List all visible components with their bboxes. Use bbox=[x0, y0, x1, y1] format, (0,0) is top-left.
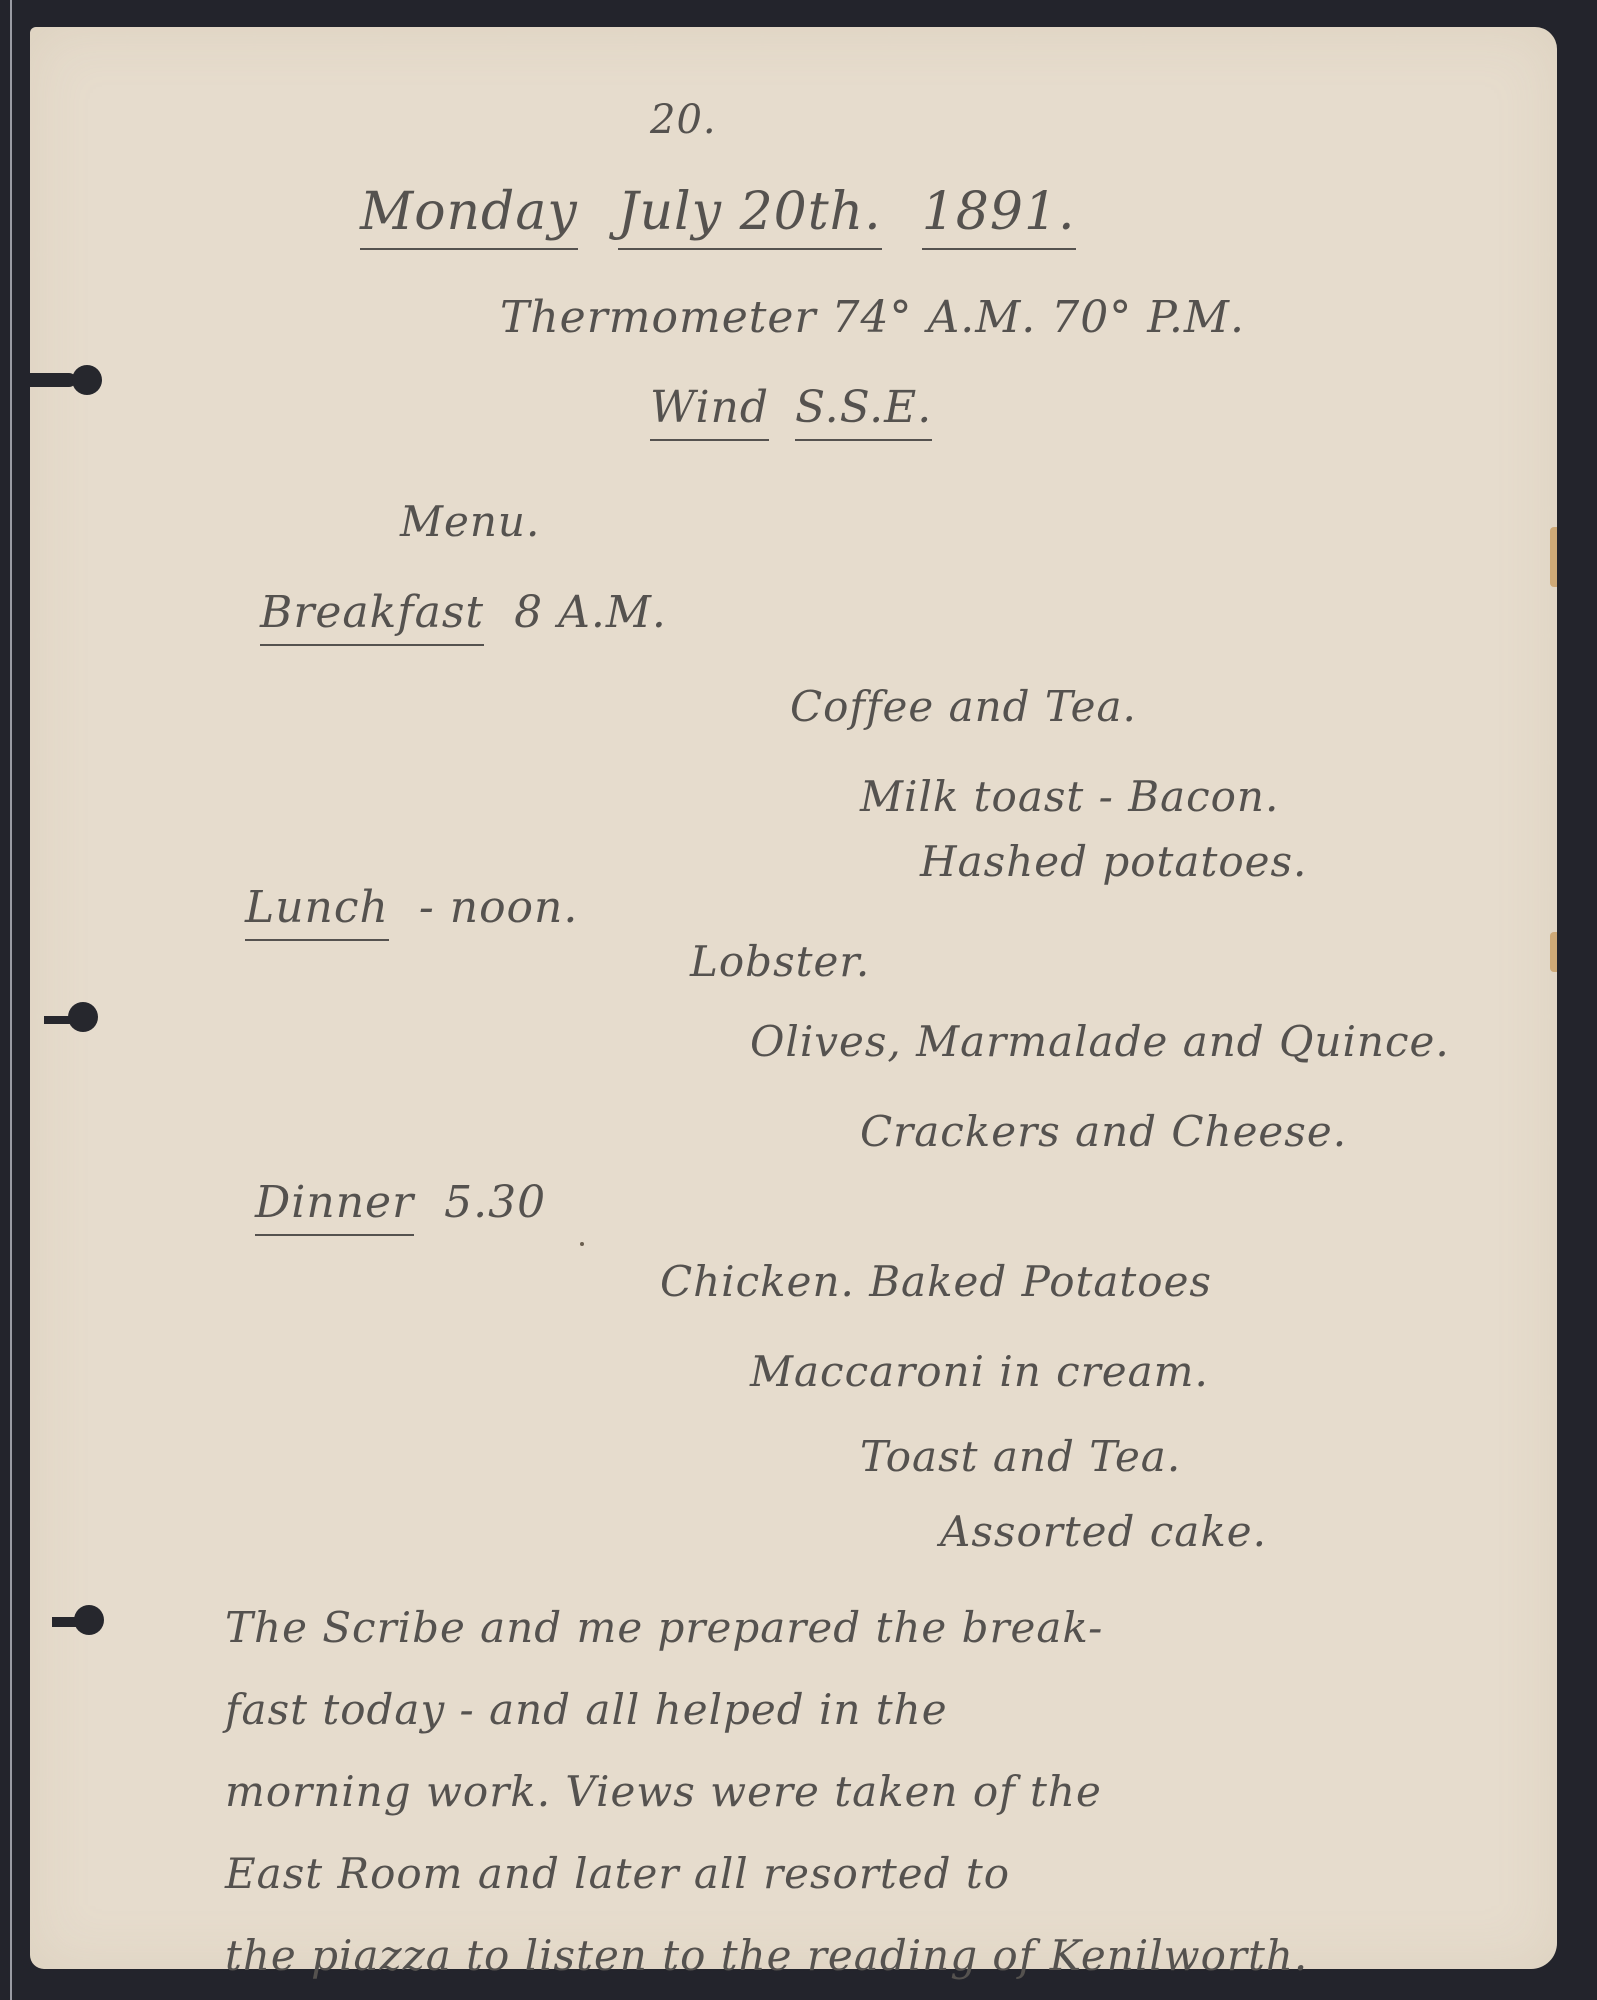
menu-item: Milk toast - Bacon. bbox=[860, 772, 1279, 821]
wind-line: Wind S.S.E. bbox=[650, 382, 932, 441]
menu-item: Lobster. bbox=[690, 937, 870, 986]
narrative-line: The Scribe and me prepared the break- bbox=[225, 1587, 1425, 1669]
menu-item: Chicken. Baked Potatoes bbox=[660, 1257, 1212, 1306]
menu-item: Olives, Marmalade and Quince. bbox=[750, 1017, 1450, 1066]
menu-item: Maccaroni in cream. bbox=[750, 1347, 1209, 1396]
foxing-stain bbox=[1550, 527, 1557, 587]
meal-dinner: Dinner 5.30 bbox=[255, 1177, 546, 1236]
date: July 20th. bbox=[618, 182, 882, 250]
meal-name: Dinner bbox=[255, 1177, 414, 1236]
wind-label: Wind bbox=[650, 382, 769, 441]
narrative-line: fast today - and all helped in the bbox=[225, 1669, 1425, 1751]
journal-page: 20. Monday July 20th. 1891. Thermometer … bbox=[30, 27, 1557, 1969]
menu-item: Coffee and Tea. bbox=[790, 682, 1137, 731]
narrative-line: morning work. Views were taken of the bbox=[225, 1751, 1425, 1833]
narrative-line: the piazza to listen to the reading of K… bbox=[225, 1915, 1425, 1997]
meal-breakfast: Breakfast 8 A.M. bbox=[260, 587, 667, 646]
year: 1891. bbox=[922, 182, 1076, 250]
menu-item: Hashed potatoes. bbox=[920, 837, 1307, 886]
narrative-paragraph: The Scribe and me prepared the break- fa… bbox=[225, 1587, 1425, 1997]
scanner-edge-line bbox=[10, 0, 12, 2000]
meal-time: - noon. bbox=[419, 882, 579, 933]
foxing-stain bbox=[1550, 932, 1557, 972]
menu-item: Assorted cake. bbox=[940, 1507, 1267, 1556]
menu-item: Crackers and Cheese. bbox=[860, 1107, 1347, 1156]
meal-time: 5.30 bbox=[444, 1177, 546, 1228]
page-number: 20. bbox=[650, 97, 717, 143]
meal-time: 8 A.M. bbox=[514, 587, 667, 638]
date-heading: Monday July 20th. 1891. bbox=[360, 182, 1076, 250]
thermometer-reading: Thermometer 74° A.M. 70° P.M. bbox=[500, 292, 1245, 343]
menu-item: Toast and Tea. bbox=[860, 1432, 1181, 1481]
meal-lunch: Lunch - noon. bbox=[245, 882, 578, 941]
weekday: Monday bbox=[360, 182, 578, 250]
meal-name: Lunch bbox=[245, 882, 389, 941]
narrative-line: East Room and later all resorted to bbox=[225, 1833, 1425, 1915]
paper-speck bbox=[580, 1242, 584, 1246]
menu-title: Menu. bbox=[400, 497, 540, 546]
meal-name: Breakfast bbox=[260, 587, 484, 646]
wind-value: S.S.E. bbox=[795, 382, 932, 441]
